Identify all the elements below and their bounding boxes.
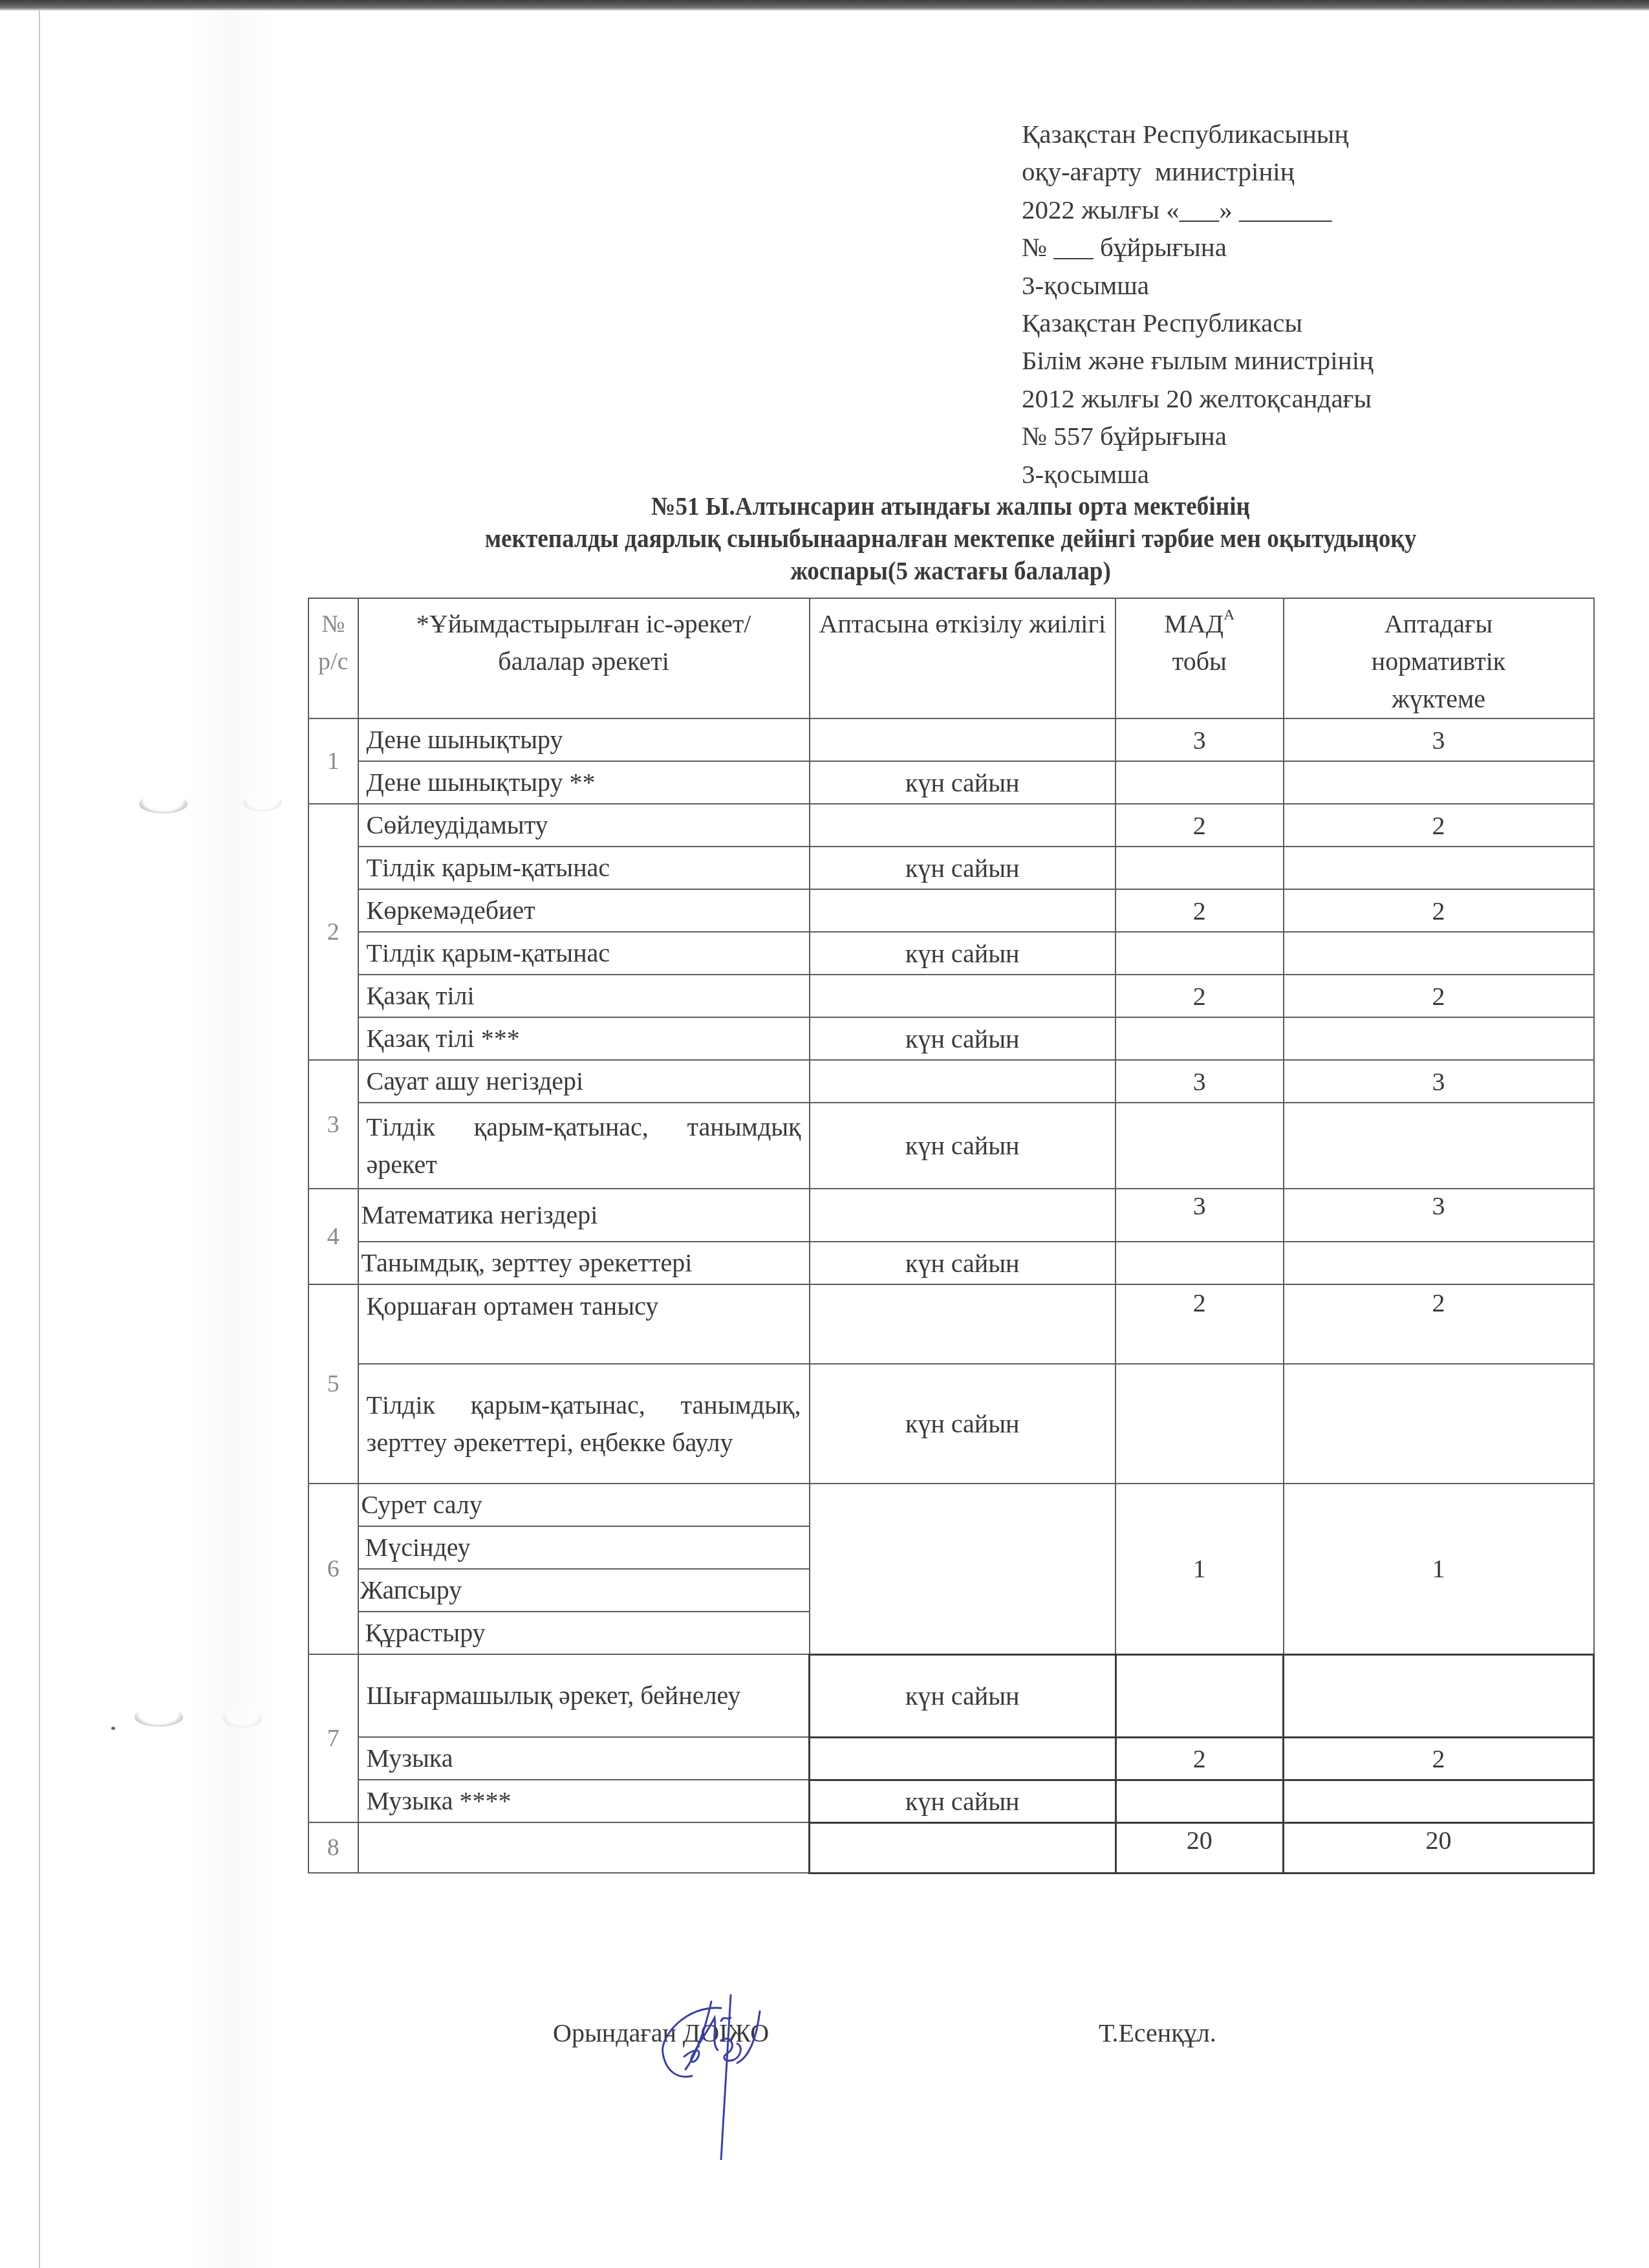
row-load: 3 — [1284, 1189, 1594, 1242]
approval-line: Қазақстан Республикасы — [1022, 304, 1374, 341]
row-num: 1 — [308, 718, 358, 804]
header-mad-sup: А — [1223, 607, 1234, 623]
row-activity: Танымдық, зерттеу әрекеттері — [358, 1242, 810, 1284]
row-mad: 3 — [1115, 718, 1284, 761]
row-mad — [1115, 1103, 1284, 1189]
row-frequency — [810, 975, 1115, 1017]
row-load — [1284, 932, 1594, 975]
row-num: 5 — [308, 1284, 358, 1484]
row-mad: 2 — [1115, 1737, 1284, 1780]
signatory-name: Т.Есенқұл. — [1099, 2018, 1216, 2048]
approval-line: Білім және ғылым министрінің — [1022, 341, 1374, 379]
row-mad — [1115, 1242, 1284, 1284]
row-activity: Дене шынықтыру — [358, 718, 810, 761]
table-row: 7 Шығармашылық әрекет, бейнелеу күн сайы… — [308, 1654, 1594, 1737]
table-row: Дене шынықтыру ** күн сайын — [308, 761, 1594, 804]
row-frequency — [810, 1484, 1115, 1654]
row-activity: Дене шынықтыру ** — [358, 761, 810, 804]
row-num: 7 — [308, 1654, 358, 1822]
row-mad-total: 20 — [1115, 1822, 1284, 1873]
row-num: 2 — [308, 804, 358, 1060]
row-load: 3 — [1284, 1060, 1594, 1103]
row-activity: Тілдік қарым-қатынас — [358, 932, 810, 975]
row-frequency: күн сайын — [810, 1103, 1115, 1189]
curriculum-table: № р/с *Ұйымдастырылған іс-әрекет/балалар… — [308, 598, 1595, 1874]
row-frequency — [810, 1822, 1115, 1873]
row-mad: 3 — [1115, 1060, 1284, 1103]
row-activity: Құрастыру — [358, 1612, 810, 1654]
row-activity: Математика негіздері — [358, 1189, 810, 1242]
row-load — [1284, 1103, 1594, 1189]
table-row: Көркемәдебиет 2 2 — [308, 889, 1594, 932]
document-title: №51 Ы.Алтынсарин атындағы жалпы орта мек… — [349, 490, 1552, 587]
row-frequency — [810, 718, 1115, 761]
row-frequency: күн сайын — [810, 1017, 1115, 1060]
row-num: 4 — [308, 1189, 358, 1284]
table-row: 5 Қоршаған ортамен танысу 2 2 — [308, 1284, 1594, 1364]
row-load — [1284, 1780, 1594, 1822]
header-load: Аптадағы нормативтік жүктеме — [1284, 598, 1594, 718]
row-activity: Тілдік қарым-қатынас, танымдық әрекет — [358, 1103, 810, 1189]
row-num: 6 — [308, 1484, 358, 1654]
title-line-1: №51 Ы.Алтынсарин атындағы жалпы орта мек… — [349, 490, 1552, 523]
table-row: Музыка 2 2 — [308, 1737, 1594, 1780]
handwritten-signature-icon — [660, 1992, 867, 2160]
table-row: Музыка **** күн сайын — [308, 1780, 1594, 1822]
row-activity: Қазақ тілі — [358, 975, 810, 1017]
approval-line: 2022 жылғы «___» _______ — [1022, 191, 1374, 228]
approval-line: 3-қосымша — [1022, 266, 1374, 304]
row-activity — [358, 1822, 810, 1873]
approval-line: № ___ бұйрығына — [1022, 228, 1374, 266]
page-edge — [39, 10, 40, 2268]
row-mad: 2 — [1115, 1284, 1284, 1364]
table-row: Танымдық, зерттеу әрекеттері күн сайын — [308, 1242, 1594, 1284]
row-load — [1284, 1364, 1594, 1484]
row-frequency — [810, 889, 1115, 932]
row-activity: Тілдік қарым-қатынас, танымдық, зерттеу … — [358, 1364, 810, 1484]
row-activity: Музыка **** — [358, 1780, 810, 1822]
row-activity: Музыка — [358, 1737, 810, 1780]
binder-hole-shadow — [223, 1709, 262, 1728]
approval-block: Қазақстан Республикасының оқу-ағарту мин… — [1022, 115, 1374, 493]
binder-hole-shadow — [243, 792, 282, 812]
row-load: 2 — [1284, 889, 1594, 932]
row-mad: 2 — [1115, 889, 1284, 932]
row-activity: Қазақ тілі *** — [358, 1017, 810, 1060]
row-mad: 1 — [1115, 1484, 1284, 1654]
table-row: 3 Сауат ашу негіздері 3 3 — [308, 1060, 1594, 1103]
row-activity: Қоршаған ортамен танысу — [358, 1284, 810, 1364]
approval-line: № 557 бұйрығына — [1022, 417, 1374, 455]
row-mad — [1115, 761, 1284, 804]
scan-top-edge — [0, 0, 1649, 10]
row-activity: Сауат ашу негіздері — [358, 1060, 810, 1103]
row-mad — [1115, 1364, 1284, 1484]
row-activity: Жапсыру — [358, 1569, 810, 1612]
table-row: Тілдік қарым-қатынас, танымдық, зерттеу … — [308, 1364, 1594, 1484]
table-row: 1 Дене шынықтыру 3 3 — [308, 718, 1594, 761]
row-frequency — [810, 1189, 1115, 1242]
approval-line: оқу-ағарту министрінің — [1022, 153, 1374, 190]
row-load: 2 — [1284, 1284, 1594, 1364]
row-frequency — [810, 1060, 1115, 1103]
row-activity: Мүсіндеу — [358, 1526, 810, 1569]
approval-line: 3-қосымша — [1022, 455, 1374, 493]
table-row: Қазақ тілі *** күн сайын — [308, 1017, 1594, 1060]
row-frequency: күн сайын — [810, 1242, 1115, 1284]
title-line-2: мектепалды даярлық сыныбынаарналған мект… — [349, 523, 1552, 555]
approval-line: 2012 жылғы 20 желтоқсандағы — [1022, 380, 1374, 417]
row-load — [1284, 1654, 1594, 1737]
table-row: 2 Сөйлеудідамыту 2 2 — [308, 804, 1594, 847]
row-frequency: күн сайын — [810, 1654, 1115, 1737]
table-row-total: 8 20 20 — [308, 1822, 1594, 1873]
header-frequency: Аптасына өткізілу жиілігі — [810, 598, 1115, 718]
header-num: № р/с — [308, 598, 358, 718]
table-row: 6 Сурет салу 1 1 — [308, 1484, 1594, 1526]
row-num: 3 — [308, 1060, 358, 1189]
row-load — [1284, 1242, 1594, 1284]
row-mad: 2 — [1115, 804, 1284, 847]
row-frequency: күн сайын — [810, 761, 1115, 804]
header-activity: *Ұйымдастырылған іс-әрекет/балалар әреке… — [358, 598, 810, 718]
row-load-total: 20 — [1284, 1822, 1594, 1873]
row-frequency: күн сайын — [810, 932, 1115, 975]
table-row: Тілдік қарым-қатынас, танымдық әрекет кү… — [308, 1103, 1594, 1189]
table-row: Тілдік қарым-қатынас күн сайын — [308, 847, 1594, 889]
header-mad: МАДАтобы — [1115, 598, 1284, 718]
binder-hole — [139, 794, 188, 814]
table-row: 4 Математика негіздері 3 3 — [308, 1189, 1594, 1242]
row-frequency: күн сайын — [810, 847, 1115, 889]
row-frequency: күн сайын — [810, 1364, 1115, 1484]
row-load: 2 — [1284, 804, 1594, 847]
row-activity: Тілдік қарым-қатынас — [358, 847, 810, 889]
row-num: 8 — [308, 1822, 358, 1873]
row-load — [1284, 847, 1594, 889]
row-frequency — [810, 1737, 1115, 1780]
row-activity: Шығармашылық әрекет, бейнелеу — [358, 1654, 810, 1737]
binder-hole — [135, 1707, 183, 1727]
approval-line: Қазақстан Республикасының — [1022, 115, 1374, 153]
row-load: 2 — [1284, 1737, 1594, 1780]
row-mad: 3 — [1115, 1189, 1284, 1242]
title-line-3: жоспары(5 жастағы балалар) — [349, 555, 1552, 587]
header-mad-label: МАД — [1164, 609, 1223, 638]
row-load — [1284, 761, 1594, 804]
table-row: Қазақ тілі 2 2 — [308, 975, 1594, 1017]
row-activity: Көркемәдебиет — [358, 889, 810, 932]
header-mad-line2: тобы — [1172, 647, 1227, 676]
row-activity: Сурет салу — [358, 1484, 810, 1526]
table-header-row: № р/с *Ұйымдастырылған іс-әрекет/балалар… — [308, 598, 1594, 718]
fold-shadow — [184, 10, 275, 2268]
table-row: Тілдік қарым-қатынас күн сайын — [308, 932, 1594, 975]
row-mad — [1115, 847, 1284, 889]
scan-speck — [111, 1727, 115, 1730]
row-frequency — [810, 1284, 1115, 1364]
row-activity: Сөйлеудідамыту — [358, 804, 810, 847]
row-mad — [1115, 1017, 1284, 1060]
row-mad — [1115, 1780, 1284, 1822]
row-load — [1284, 1017, 1594, 1060]
row-mad — [1115, 932, 1284, 975]
row-load: 3 — [1284, 718, 1594, 761]
row-load: 2 — [1284, 975, 1594, 1017]
row-frequency — [810, 804, 1115, 847]
row-frequency: күн сайын — [810, 1780, 1115, 1822]
row-mad — [1115, 1654, 1284, 1737]
row-mad: 2 — [1115, 975, 1284, 1017]
row-load: 1 — [1284, 1484, 1594, 1654]
